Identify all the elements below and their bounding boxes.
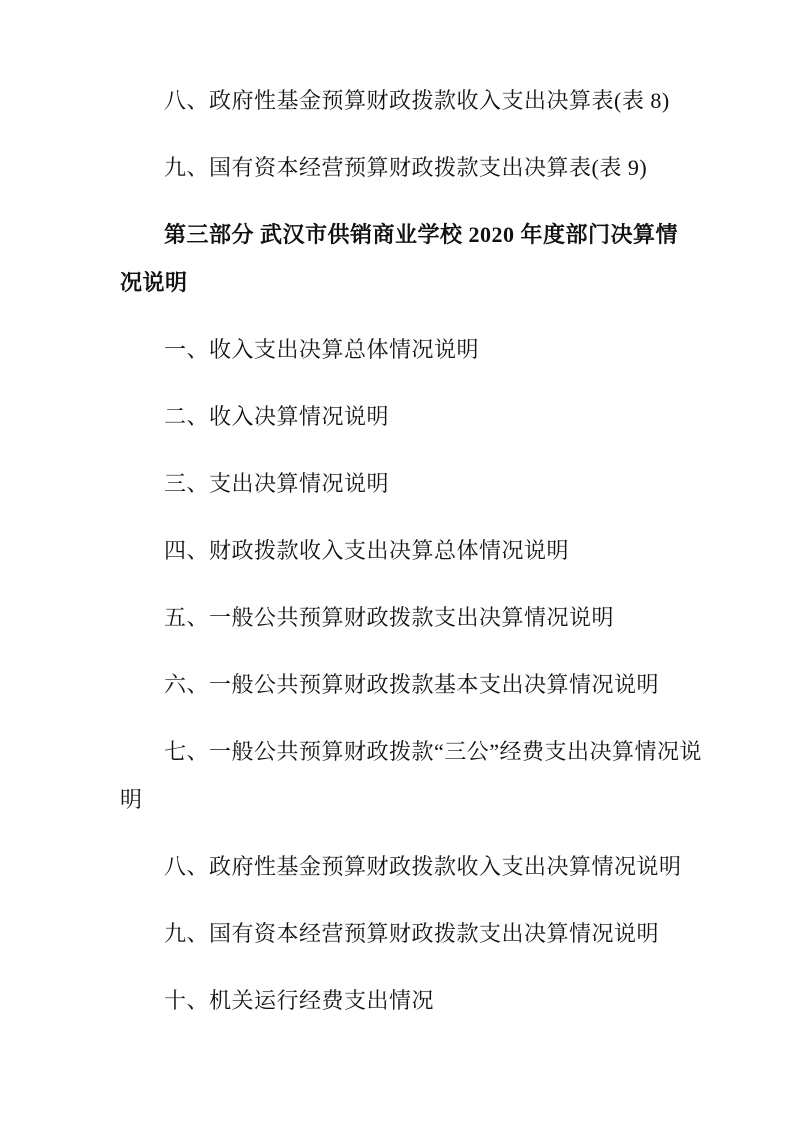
toc-note-item-8: 八、政府性基金预算财政拨款收入支出决算情况说明 — [120, 843, 700, 891]
document-page: 八、政府性基金预算财政拨款收入支出决算表(表 8) 九、国有资本经营预算财政拨款… — [0, 0, 800, 1132]
toc-note-item-7: 七、一般公共预算财政拨款“三公”经费支出决算情况说 明 — [120, 728, 700, 824]
toc-note-item-3-text: 三、支出决算情况说明 — [120, 460, 700, 508]
section-heading: 第三部分 武汉市供销商业学校 2020 年度部门决算情 况说明 — [120, 211, 700, 307]
toc-note-item-7-line1: 七、一般公共预算财政拨款“三公”经费支出决算情况说 — [120, 728, 700, 776]
toc-note-item-10-text: 十、机关运行经费支出情况 — [120, 977, 700, 1025]
toc-note-item-5-text: 五、一般公共预算财政拨款支出决算情况说明 — [120, 594, 700, 642]
toc-note-item-1-text: 一、收入支出决算总体情况说明 — [120, 326, 700, 374]
toc-note-item-6: 六、一般公共预算财政拨款基本支出决算情况说明 — [120, 661, 700, 709]
toc-note-item-9: 九、国有资本经营预算财政拨款支出决算情况说明 — [120, 910, 700, 958]
document-content: 八、政府性基金预算财政拨款收入支出决算表(表 8) 九、国有资本经营预算财政拨款… — [0, 0, 800, 1025]
toc-item-table-9: 九、国有资本经营预算财政拨款支出决算表(表 9) — [120, 144, 700, 192]
toc-item-table-9-text: 九、国有资本经营预算财政拨款支出决算表(表 9) — [120, 144, 700, 192]
toc-note-item-2: 二、收入决算情况说明 — [120, 393, 700, 441]
toc-note-item-7-line2: 明 — [120, 776, 700, 824]
toc-note-item-3: 三、支出决算情况说明 — [120, 460, 700, 508]
toc-note-item-10: 十、机关运行经费支出情况 — [120, 977, 700, 1025]
toc-note-item-6-text: 六、一般公共预算财政拨款基本支出决算情况说明 — [120, 661, 700, 709]
section-heading-line2: 况说明 — [120, 259, 700, 307]
toc-note-item-2-text: 二、收入决算情况说明 — [120, 393, 700, 441]
toc-item-table-8-text: 八、政府性基金预算财政拨款收入支出决算表(表 8) — [120, 77, 700, 125]
toc-note-item-5: 五、一般公共预算财政拨款支出决算情况说明 — [120, 594, 700, 642]
section-heading-line1: 第三部分 武汉市供销商业学校 2020 年度部门决算情 — [120, 211, 700, 259]
toc-note-item-9-text: 九、国有资本经营预算财政拨款支出决算情况说明 — [120, 910, 700, 958]
toc-note-item-4-text: 四、财政拨款收入支出决算总体情况说明 — [120, 527, 700, 575]
toc-note-item-8-text: 八、政府性基金预算财政拨款收入支出决算情况说明 — [120, 843, 700, 891]
toc-note-item-1: 一、收入支出决算总体情况说明 — [120, 326, 700, 374]
toc-item-table-8: 八、政府性基金预算财政拨款收入支出决算表(表 8) — [120, 77, 700, 125]
toc-note-item-4: 四、财政拨款收入支出决算总体情况说明 — [120, 527, 700, 575]
